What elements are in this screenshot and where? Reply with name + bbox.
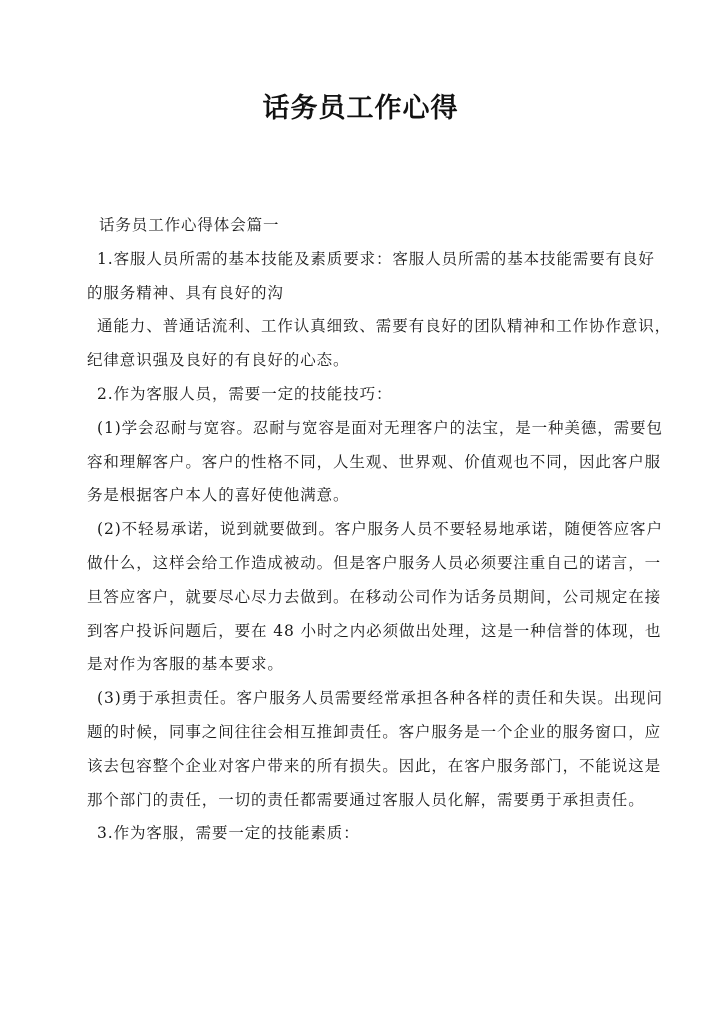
paragraph-line: 该去包容整个企业对客户带来的所有损失。因此，在客户服务部门，不能说这是	[87, 750, 619, 784]
paragraph-line: 务是根据客户本人的喜好使他满意。	[87, 479, 619, 513]
paragraph-line: 是对作为客服的基本要求。	[87, 648, 619, 682]
paragraph-line: 做什么，这样会给工作造成被动。但是客户服务人员必须要注重自己的诺言，一	[87, 547, 619, 581]
paragraph-line: (3)勇于承担责任。客户服务人员需要经常承担各种各样的责任和失误。出现问	[89, 682, 619, 716]
paragraph-line: 3.作为客服，需要一定的技能素质：	[89, 817, 619, 851]
paragraph-line: 到客户投诉问题后，要在 48 小时之内必须做出处理，这是一种信誉的体现，也	[87, 615, 619, 649]
paragraph-line: 容和理解客户。客户的性格不同，人生观、世界观、价值观也不同，因此客户服	[87, 446, 619, 480]
paragraph-line: 的服务精神、具有良好的沟	[87, 277, 619, 311]
paragraph-line: 1.客服人员所需的基本技能及素质要求：客服人员所需的基本技能需要有良好	[89, 243, 619, 277]
paragraph-line: 2.作为客服人员，需要一定的技能技巧：	[89, 378, 619, 412]
paragraph-line: 通能力、普通话流利、工作认真细致、需要有良好的团队精神和工作协作意识，	[89, 310, 619, 344]
paragraph-line: (1)学会忍耐与宽容。忍耐与宽容是面对无理客户的法宝，是一种美德，需要包	[89, 412, 619, 446]
paragraph-line: 旦答应客户，就要尽心尽力去做到。在移动公司作为话务员期间，公司规定在接	[87, 581, 619, 615]
document-page: 话务员工作心得 话务员工作心得体会篇一 1.客服人员所需的基本技能及素质要求：客…	[0, 0, 721, 1020]
paragraph-line: 纪律意识强及良好的有良好的心态。	[87, 344, 619, 378]
section-heading: 话务员工作心得体会篇一	[89, 209, 619, 243]
document-body: 话务员工作心得体会篇一 1.客服人员所需的基本技能及素质要求：客服人员所需的基本…	[89, 209, 619, 851]
paragraph-line: 题的时候，同事之间往往会相互推卸责任。客户服务是一个企业的服务窗口，应	[87, 716, 619, 750]
paragraph-line: 那个部门的责任，一切的责任都需要通过客服人员化解，需要勇于承担责任。	[87, 784, 619, 818]
paragraph-line: (2)不轻易承诺，说到就要做到。客户服务人员不要轻易地承诺，随便答应客户	[89, 513, 619, 547]
document-title: 话务员工作心得	[0, 86, 721, 125]
